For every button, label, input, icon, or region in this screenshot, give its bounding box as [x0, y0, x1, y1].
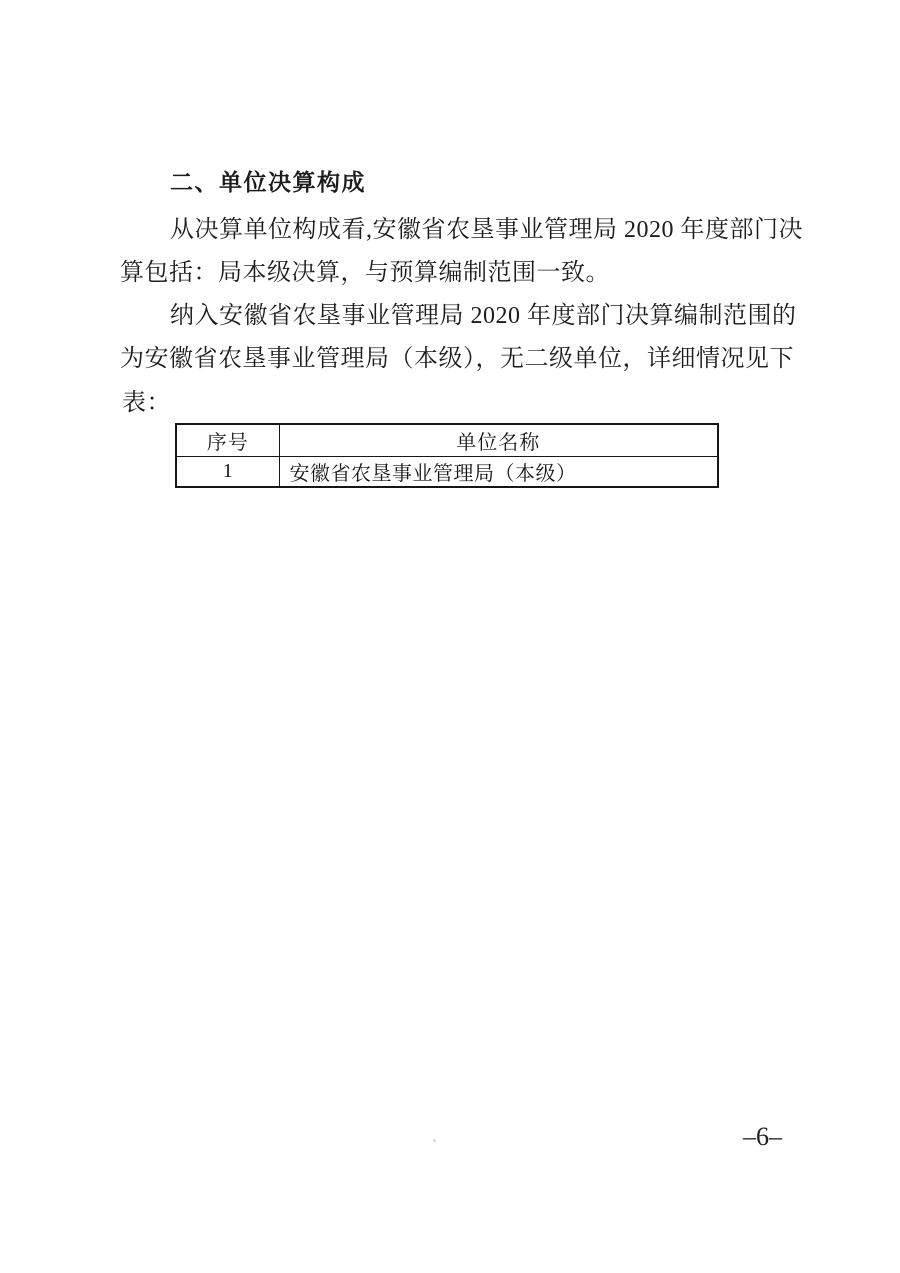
section-heading: 二、单位决算构成 — [170, 171, 366, 194]
document-page: 二、单位决算构成 从决算单位构成看,安徽省农垦事业管理局 2020 年度部门决 … — [0, 0, 900, 1273]
table-cell-index: 1 — [176, 456, 279, 487]
paragraph-2-line-3: 表： — [122, 391, 171, 415]
paragraph-2-line-2: 为安徽省农垦事业管理局（本级），无二级单位，详细情况见下 — [120, 347, 794, 371]
paragraph-1-line-1: 从决算单位构成看,安徽省农垦事业管理局 2020 年度部门决 — [170, 218, 803, 242]
units-table: 序号 单位名称 1 安徽省农垦事业管理局（本级） — [175, 423, 719, 488]
table-row: 1 安徽省农垦事业管理局（本级） — [176, 456, 718, 487]
table-header-unit-name: 单位名称 — [279, 424, 718, 456]
paragraph-2-line-1: 纳入安徽省农垦事业管理局 2020 年度部门决算编制范围的 — [170, 304, 797, 328]
page-number: –6– — [743, 1124, 782, 1150]
scan-artifact-dot — [433, 1139, 436, 1142]
table-header-index: 序号 — [176, 424, 279, 456]
table-cell-unit-name: 安徽省农垦事业管理局（本级） — [279, 456, 718, 487]
paragraph-1-line-2: 算包括：局本级决算，与预算编制范围一致。 — [120, 261, 610, 285]
table-header-row: 序号 单位名称 — [176, 424, 718, 456]
